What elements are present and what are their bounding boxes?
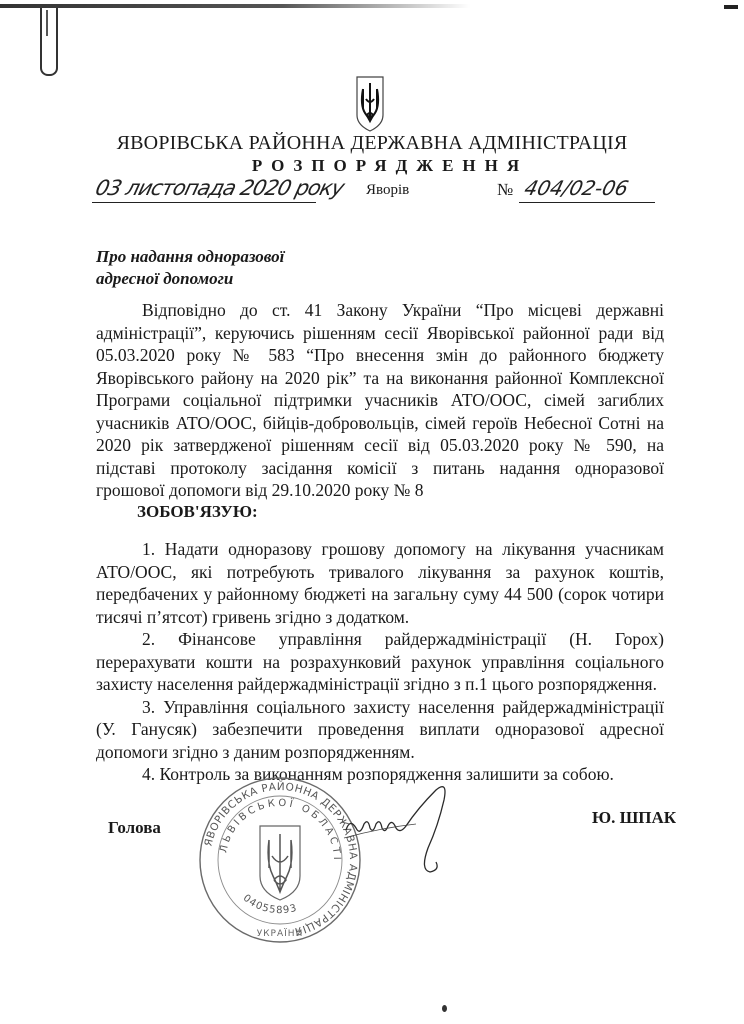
subject-line-1: Про надання одноразової bbox=[96, 246, 284, 268]
subject-line-2: адресної допомоги bbox=[96, 268, 284, 290]
document-type-title: РОЗПОРЯДЖЕННЯ bbox=[0, 156, 744, 176]
svg-text:04055893: 04055893 bbox=[241, 893, 299, 916]
order-items: 1. Надати одноразову грошову допомогу на… bbox=[96, 538, 664, 786]
seal-code: 04055893 bbox=[241, 893, 299, 916]
order-item-2: 2. Фінансове управління райдержадміністр… bbox=[96, 628, 664, 696]
order-item-1: 1. Надати одноразову грошову допомогу на… bbox=[96, 538, 664, 628]
order-item-3: 3. Управління соціального захисту населе… bbox=[96, 696, 664, 764]
signatory-title: Голова bbox=[108, 818, 161, 838]
paperclip-icon bbox=[40, 8, 58, 76]
document-subject: Про надання одноразової адресної допомог… bbox=[96, 246, 284, 290]
coat-of-arms-icon bbox=[355, 75, 385, 133]
handwritten-date: 03 листопада 2020 року bbox=[93, 176, 346, 200]
handwritten-signature bbox=[340, 778, 480, 878]
preamble-paragraph: Відповідно до ст. 41 Закону України “Про… bbox=[96, 299, 664, 502]
city-name: Яворів bbox=[366, 182, 409, 199]
handwritten-document-number: 404/02-06 bbox=[522, 176, 631, 200]
agency-name: ЯВОРІВСЬКА РАЙОННА ДЕРЖАВНА АДМІНІСТРАЦІ… bbox=[0, 132, 744, 155]
number-sign: № bbox=[497, 180, 513, 200]
paperclip-shadow-line bbox=[0, 4, 470, 8]
commitment-heading: ЗОБОВ'ЯЗУЮ: bbox=[137, 502, 258, 522]
seal-bottom-text: УКРАЇНИ bbox=[257, 928, 304, 939]
scan-corner-mark bbox=[724, 5, 738, 9]
signatory-name: Ю. ШПАК bbox=[592, 808, 676, 828]
paperclip-inner-wire bbox=[46, 10, 48, 36]
official-seal-stamp: ЯВОРІВСЬКА РАЙОННА ДЕРЖАВНА АДМІНІСТРАЦІ… bbox=[196, 776, 364, 944]
scan-speck bbox=[442, 1005, 447, 1012]
